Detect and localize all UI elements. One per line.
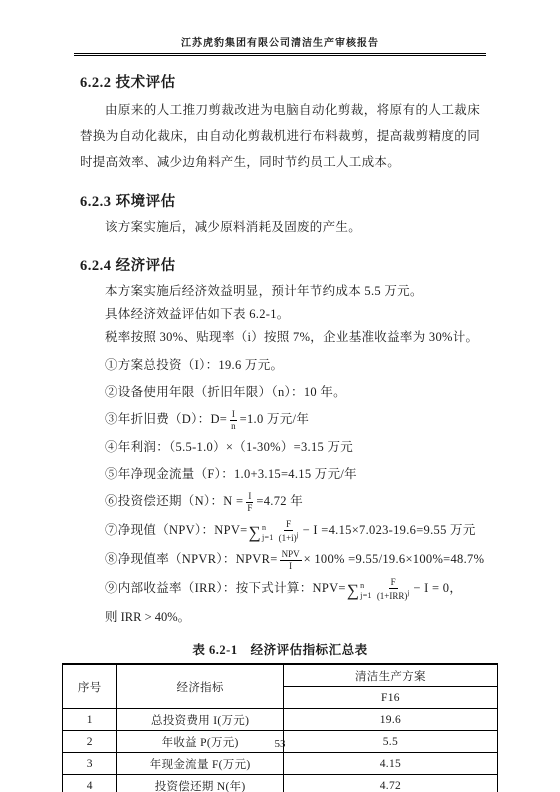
formula-6-prefix: ⑥投资偿还期（N）：N = [105,494,243,508]
formula-8-suffix: × 100% =9.55/19.6×100%=48.7% [304,552,485,566]
section-624-paragraph-2: 具体经济效益评估如下表 6.2-1。 [80,303,480,326]
section-heading-623: 6.2.3 环境评估 [80,190,480,211]
cell-value: 19.6 [283,709,497,731]
fraction: IF [245,491,254,514]
formula-item-9-continuation: 则 IRR > 40%。 [80,606,480,628]
formula-7-suffix: − I =4.15×7.023-19.6=9.55 万元 [303,523,476,537]
formula-item-9: ⑨内部收益率（IRR）：按下式计算：NPV=∑nj=1F(1+IRR)j− I … [80,577,480,602]
formula-item-4: ④年利润：（5.5-1.0）×（1-30%）=3.15 万元 [80,436,480,458]
formula-7-prefix: ⑦净现值（NPV）：NPV= [105,523,248,537]
formula-item-6: ⑥投资偿还期（N）：N =IF=4.72 年 [80,490,480,513]
fraction: NPVI [280,549,302,572]
cell-no: 3 [63,753,117,775]
table-row: 1 总投资费用 I(万元) 19.6 [63,709,498,731]
page-number: 53 [0,738,560,750]
table-row: 4 投资偿还期 N(年) 4.72 [63,775,498,792]
cell-no: 1 [63,709,117,731]
formula-9-prefix: ⑨内部收益率（IRR）：按下式计算：NPV= [105,581,346,595]
col-header-no: 序号 [63,664,117,709]
formula-8-prefix: ⑧净现值率（NPVR）：NPVR= [105,552,278,566]
cell-value: 4.72 [283,775,497,792]
formula-6-suffix: =4.72 年 [256,494,303,508]
formula-item-7: ⑦净现值（NPV）：NPV=∑nj=1F(1+i)j− I =4.15×7.02… [80,519,480,544]
formula-item-2: ②设备使用年限（折旧年限）（n）：10 年。 [80,381,480,403]
table-caption: 表 6.2-1 经济评估指标汇总表 [62,640,498,658]
formula-9-suffix: − I = 0， [413,581,462,595]
cell-value: 4.15 [283,753,497,775]
fraction: F(1+i)j [277,519,301,544]
col-header-plan-sub: F16 [283,687,497,709]
section-623-paragraph: 该方案实施后，减少原料消耗及固废的产生。 [80,216,480,239]
summation-symbol: ∑nj=1 [249,523,274,541]
formula-item-8: ⑧净现值率（NPVR）：NPVR=NPVI× 100% =9.55/19.6×1… [80,548,480,571]
fraction: In [229,409,238,432]
cell-indicator: 总投资费用 I(万元) [117,709,283,731]
economic-indicators-table: 序号 经济指标 清洁生产方案 F16 1 总投资费用 I(万元) 19.6 2 … [62,663,498,792]
table-header-row-1: 序号 经济指标 清洁生产方案 [63,664,498,687]
cell-indicator: 年现金流量 F(万元) [117,753,283,775]
report-header-title: 江苏虎豹集团有限公司清洁生产审核报告 [74,34,486,56]
table-row: 3 年现金流量 F(万元) 4.15 [63,753,498,775]
fraction: F(1+IRR)j [375,577,412,602]
cell-indicator: 投资偿还期 N(年) [117,775,283,792]
section-heading-622: 6.2.2 技术评估 [80,71,480,92]
section-624-paragraph-1: 本方案实施后经济效益明显，预计年节约成本 5.5 万元。 [80,280,480,303]
formula-item-1: ①方案总投资（I）：19.6 万元。 [80,354,480,376]
document-page: 江苏虎豹集团有限公司清洁生产审核报告 6.2.2 技术评估 由原来的人工推刀剪裁… [0,0,560,792]
cell-no: 4 [63,775,117,792]
formula-item-3: ③年折旧费（D）：D=In=1.0 万元/年 [80,408,480,431]
summation-symbol: ∑nj=1 [347,581,372,599]
formula-3-suffix: =1.0 万元/年 [240,412,309,426]
section-622-paragraph: 由原来的人工推刀剪裁改进为电脑自动化剪裁，将原有的人工裁床替换为自动化裁床，由自… [80,97,480,175]
col-header-indicator: 经济指标 [117,664,283,709]
formula-item-5: ⑤年净现金流量（F）：1.0+3.15=4.15 万元/年 [80,463,480,485]
formula-3-prefix: ③年折旧费（D）：D= [105,412,227,426]
col-header-plan: 清洁生产方案 [283,664,497,687]
section-624-paragraph-3: 税率按照 30%、贴现率（i）按照 7%，企业基准收益率为 30%计。 [80,326,480,349]
document-body: 6.2.2 技术评估 由原来的人工推刀剪裁改进为电脑自动化剪裁，将原有的人工裁床… [80,71,480,628]
section-heading-624: 6.2.4 经济评估 [80,254,480,275]
